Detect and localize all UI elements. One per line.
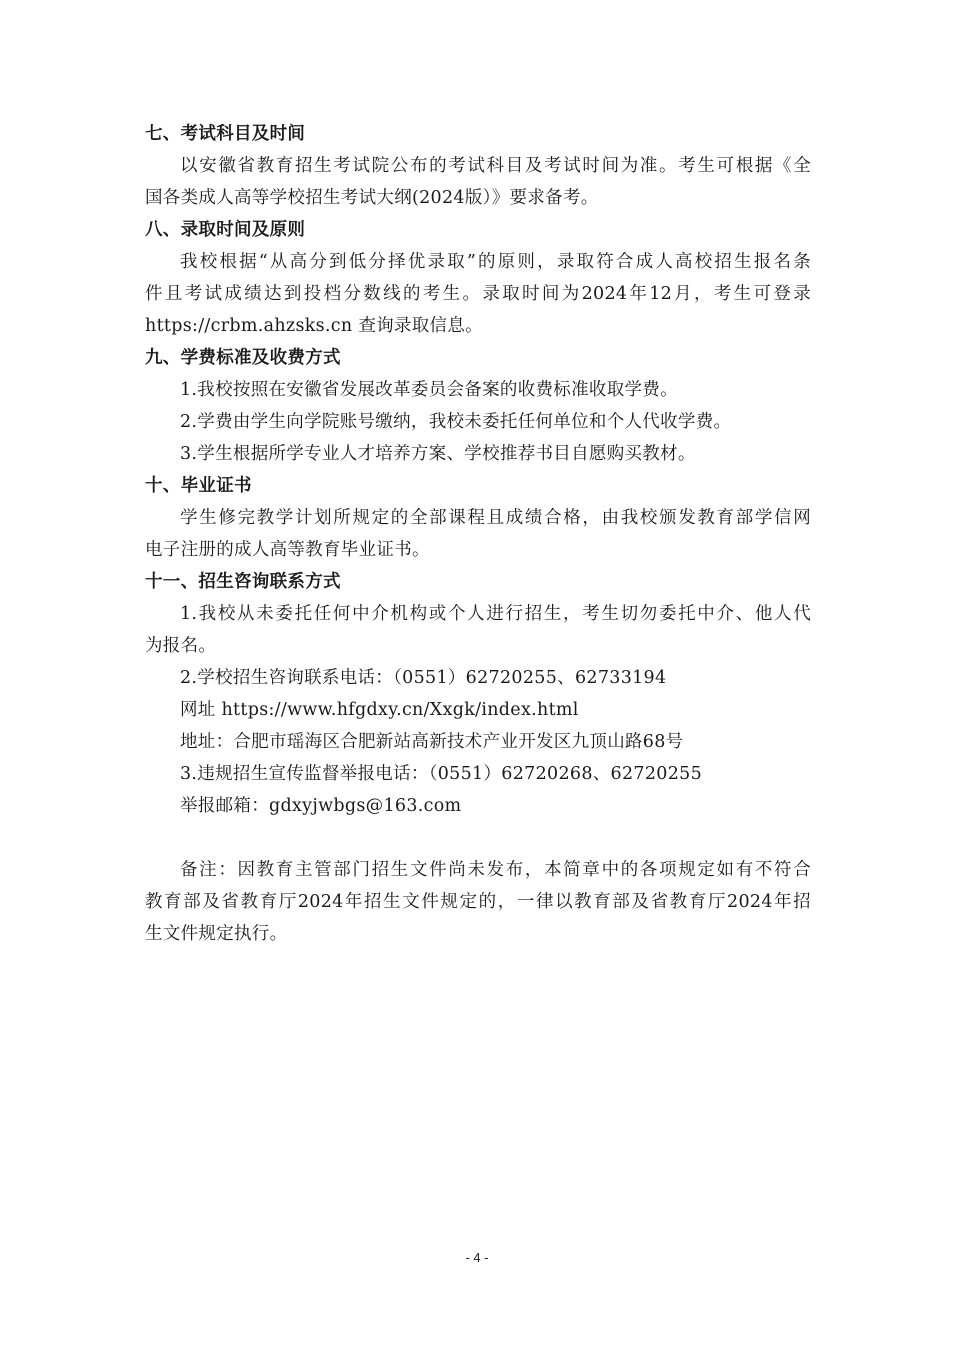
section-heading-admission: 八、录取时间及原则: [145, 214, 811, 246]
paragraph-line: 学生修完教学计划所规定的全部课程且成绩合格，由我校颁发教育部学信网: [145, 502, 811, 534]
paragraph-line: 以安徽省教育招生考试院公布的考试科目及考试时间为准。考生可根据《全: [145, 150, 811, 182]
paragraph-line: 我校根据“从高分到低分择优录取”的原则，录取符合成人高校招生报名条: [145, 246, 811, 278]
note-line: 教育部及省教育厅2024年招生文件规定的，一律以教育部及省教育厅2024年招: [145, 886, 811, 918]
section-heading-certificate: 十、毕业证书: [145, 470, 811, 502]
report-email: 举报邮箱：gdxyjwbgs@163.com: [145, 790, 811, 822]
paragraph-line: 1.我校从未委托任何中介机构或个人进行招生，考生切勿委托中介、他人代: [145, 598, 811, 630]
paragraph-line: 电子注册的成人高等教育毕业证书。: [145, 534, 811, 566]
list-item: 1.我校按照在安徽省发展改革委员会备案的收费标准收取学费。: [145, 374, 811, 406]
paragraph-line: 件且考试成绩达到投档分数线的考生。录取时间为2024年12月，考生可登录: [145, 278, 811, 310]
paragraph-line: 国各类成人高等学校招生考试大纲(2024版）》要求备考。: [145, 182, 811, 214]
document-page: 七、考试科目及时间 以安徽省教育招生考试院公布的考试科目及考试时间为准。考生可根…: [145, 118, 811, 950]
contact-phone: 2.学校招生咨询联系电话：（0551）62720255、62733194: [145, 662, 811, 694]
contact-address: 地址：合肥市瑶海区合肥新站高新技术产业开发区九顶山路68号: [145, 726, 811, 758]
contact-website: 网址 https://www.hfgdxy.cn/Xxgk/index.html: [145, 694, 811, 726]
list-item: 2.学费由学生向学院账号缴纳，我校未委托任何单位和个人代收学费。: [145, 406, 811, 438]
note-line: 生文件规定执行。: [145, 918, 811, 950]
page-number: - 4 -: [0, 1250, 954, 1265]
section-heading-tuition: 九、学费标准及收费方式: [145, 342, 811, 374]
section-heading-contact: 十一、招生咨询联系方式: [145, 566, 811, 598]
report-phone: 3.违规招生宣传监督举报电话：（0551）62720268、62720255: [145, 758, 811, 790]
note-line: 备注：因教育主管部门招生文件尚未发布，本简章中的各项规定如有不符合: [145, 854, 811, 886]
paragraph-line: 为报名。: [145, 630, 811, 662]
list-item: 3.学生根据所学专业人才培养方案、学校推荐书目自愿购买教材。: [145, 438, 811, 470]
paragraph-line: https://crbm.ahzsks.cn 查询录取信息。: [145, 310, 811, 342]
spacer: [145, 822, 811, 854]
section-heading-exam-subjects: 七、考试科目及时间: [145, 118, 811, 150]
